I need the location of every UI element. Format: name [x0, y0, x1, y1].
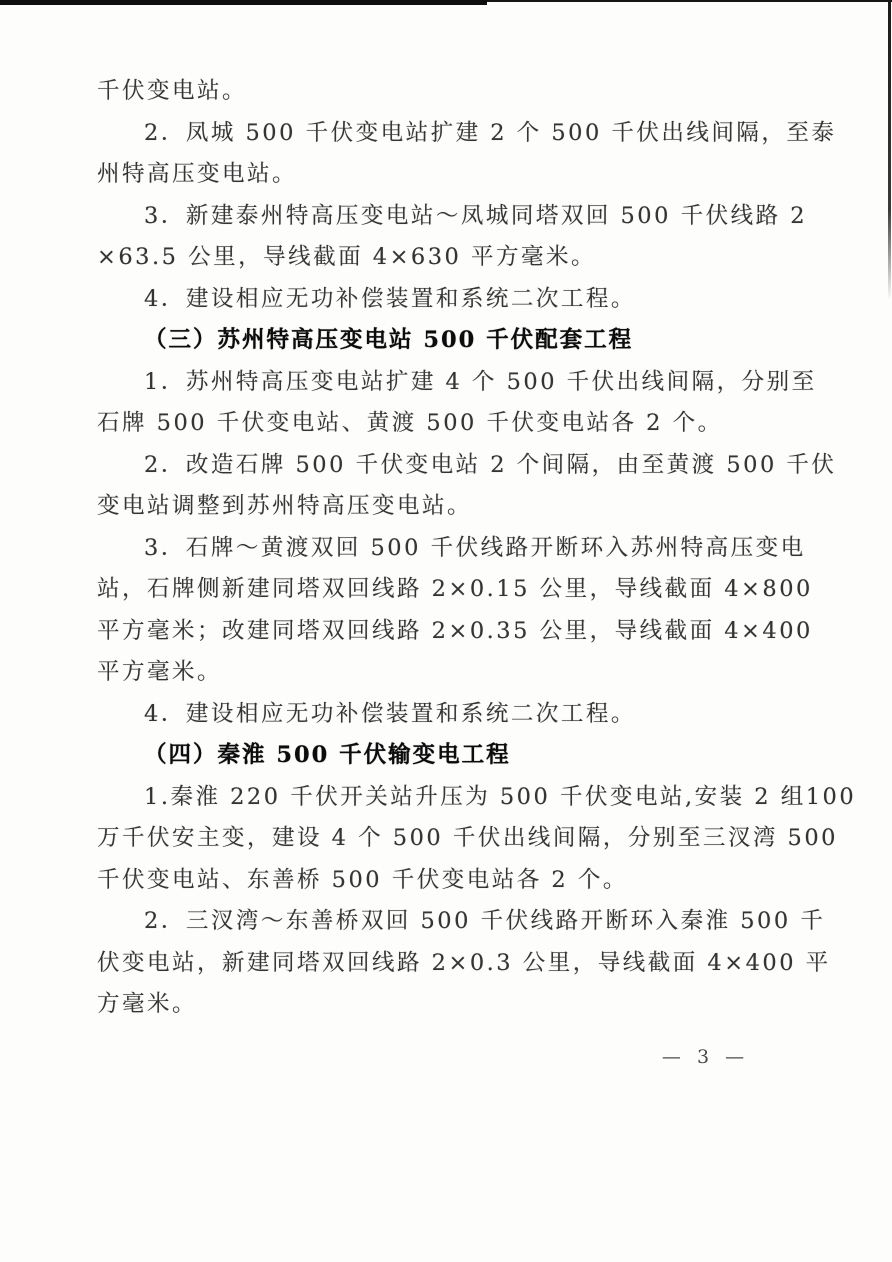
text-line: 千伏变电站、东善桥 500 千伏变电站各 2 个。	[97, 860, 797, 902]
text-line: 石牌 500 千伏变电站、黄渡 500 千伏变电站各 2 个。	[97, 403, 797, 445]
text-line: 2．改造石牌 500 千伏变电站 2 个间隔，由至黄渡 500 千伏	[97, 445, 797, 487]
section-heading: （四）秦淮 500 千伏输变电工程	[97, 735, 797, 777]
text-line: 4．建设相应无功补偿装置和系统二次工程。	[97, 279, 797, 321]
page-number: — 3 —	[623, 1042, 788, 1072]
text-line: 平方毫米。	[97, 652, 797, 694]
scan-artifact-right-edge	[888, 0, 891, 300]
text-line: 州特高压变电站。	[97, 154, 797, 196]
text-line: 2．凤城 500 千伏变电站扩建 2 个 500 千伏出线间隔，至泰	[97, 113, 797, 155]
text-line: 2．三汊湾～东善桥双回 500 千伏线路开断环入秦淮 500 千	[97, 901, 797, 943]
text-line: 万千伏安主变，建设 4 个 500 千伏出线间隔，分别至三汊湾 500	[97, 818, 797, 860]
text-line: 站，石牌侧新建同塔双回线路 2×0.15 公里，导线截面 4×800	[97, 569, 797, 611]
section-heading: （三）苏州特高压变电站 500 千伏配套工程	[97, 320, 797, 362]
text-line: 3．石牌～黄渡双回 500 千伏线路开断环入苏州特高压变电	[97, 528, 797, 570]
text-line: 伏变电站，新建同塔双回线路 2×0.3 公里，导线截面 4×400 平	[97, 943, 797, 985]
text-line: 方毫米。	[97, 984, 797, 1026]
text-line: 变电站调整到苏州特高压变电站。	[97, 486, 797, 528]
document-page: 千伏变电站。2．凤城 500 千伏变电站扩建 2 个 500 千伏出线间隔，至泰…	[0, 0, 892, 1262]
text-line: 平方毫米；改建同塔双回线路 2×0.35 公里，导线截面 4×400	[97, 611, 797, 653]
text-line: 1.秦淮 220 千伏开关站升压为 500 千伏变电站,安装 2 组100	[97, 777, 797, 819]
text-line: 4．建设相应无功补偿装置和系统二次工程。	[97, 694, 797, 736]
text-line: 3．新建泰州特高压变电站～凤城同塔双回 500 千伏线路 2	[97, 196, 797, 238]
document-body: 千伏变电站。2．凤城 500 千伏变电站扩建 2 个 500 千伏出线间隔，至泰…	[97, 71, 797, 1026]
text-line: 1．苏州特高压变电站扩建 4 个 500 千伏出线间隔，分别至	[97, 362, 797, 404]
text-line: 千伏变电站。	[97, 71, 797, 113]
scan-artifact-top-bar	[0, 0, 487, 5]
text-line: ×63.5 公里，导线截面 4×630 平方毫米。	[97, 237, 797, 279]
